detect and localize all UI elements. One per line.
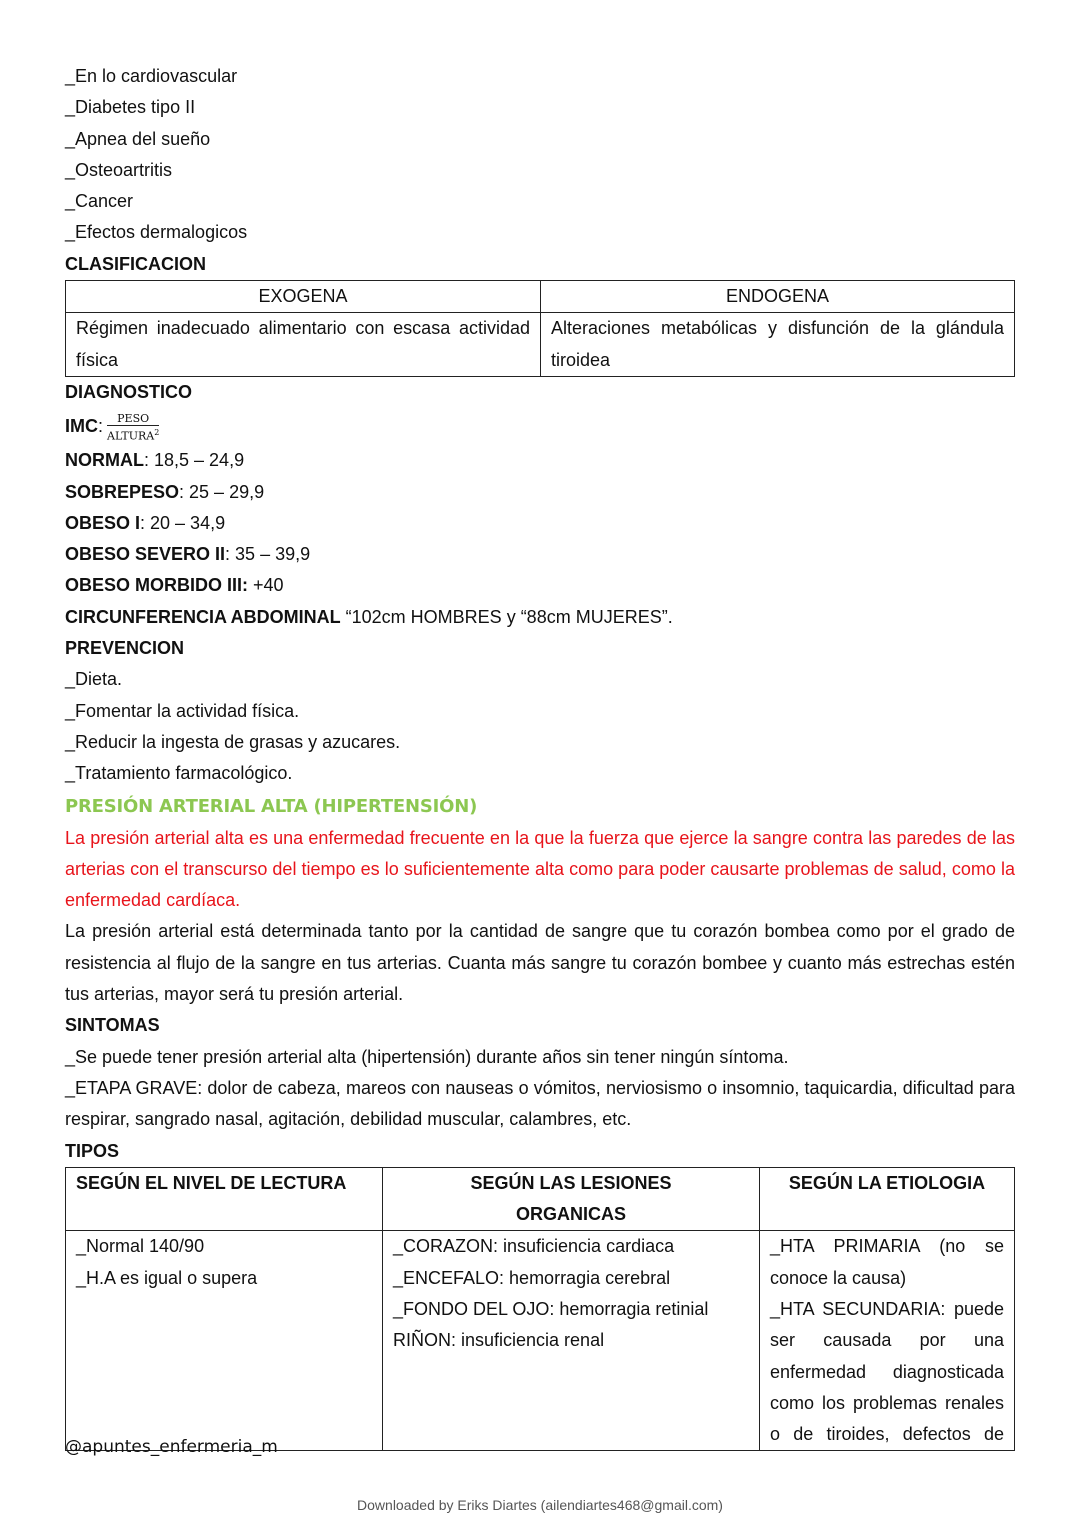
imc-range: OBESO SEVERO II: 35 – 39,9 bbox=[65, 539, 1015, 570]
types-lesion-item: _ENCEFALO: hemorragia cerebral bbox=[393, 1263, 749, 1294]
types-heading: TIPOS bbox=[65, 1136, 1015, 1167]
symptom-item: _ETAPA GRAVE: dolor de cabeza, mareos co… bbox=[65, 1073, 1015, 1136]
prevention-heading: PREVENCION bbox=[65, 633, 1015, 664]
symptoms-heading: SINTOMAS bbox=[65, 1010, 1015, 1041]
symptom-item: _Se puede tener presión arterial alta (h… bbox=[65, 1042, 1015, 1073]
exogena-header: EXOGENA bbox=[66, 281, 541, 313]
imc-numerator: PESO bbox=[107, 412, 159, 426]
imc-formula: IMC:PESOALTURA2 bbox=[65, 408, 1015, 445]
complication-item: _En lo cardiovascular bbox=[65, 61, 1015, 92]
complication-item: _Apnea del sueño bbox=[65, 124, 1015, 155]
imc-range: NORMAL: 18,5 – 24,9 bbox=[65, 445, 1015, 476]
hypertension-explanation: La presión arterial está determinada tan… bbox=[65, 916, 1015, 1010]
prevention-item: _Reducir la ingesta de grasas y azucares… bbox=[65, 727, 1015, 758]
imc-range: OBESO I: 20 – 34,9 bbox=[65, 508, 1015, 539]
types-col-reading: _Normal 140/90 _H.A es igual o supera bbox=[66, 1231, 383, 1451]
types-table: SEGÚN EL NIVEL DE LECTURA SEGÚN LAS LESI… bbox=[65, 1167, 1015, 1452]
types-etiology-item: _HTA PRIMARIA (no se conoce la causa) bbox=[770, 1231, 1004, 1294]
types-lesion-item: _CORAZON: insuficiencia cardiaca bbox=[393, 1231, 749, 1262]
complication-item: _Cancer bbox=[65, 186, 1015, 217]
endogena-header: ENDOGENA bbox=[541, 281, 1015, 313]
prevention-item: _Tratamiento farmacológico. bbox=[65, 758, 1015, 789]
classification-heading: CLASIFICACION bbox=[65, 249, 1015, 280]
document-page: _En lo cardiovascular _Diabetes tipo II … bbox=[65, 61, 1015, 1451]
imc-range: OBESO MORBIDO III: +40 bbox=[65, 570, 1015, 601]
types-reading-item: _Normal 140/90 bbox=[76, 1231, 372, 1262]
types-col-lesions: _CORAZON: insuficiencia cardiaca _ENCEFA… bbox=[383, 1231, 760, 1451]
types-reading-item: _H.A es igual o supera bbox=[76, 1263, 372, 1294]
complication-item: _Osteoartritis bbox=[65, 155, 1015, 186]
complication-item: _Efectos dermalogicos bbox=[65, 217, 1015, 248]
hypertension-title: PRESIÓN ARTERIAL ALTA (HIPERTENSIÓN) bbox=[65, 790, 1015, 823]
types-header-etiology: SEGÚN LA ETIOLOGIA bbox=[760, 1167, 1015, 1231]
imc-label: IMC bbox=[65, 416, 98, 436]
imc-denominator: ALTURA2 bbox=[107, 426, 159, 443]
author-handle: @apuntes_enfermeria_m bbox=[65, 1437, 278, 1457]
endogena-cell: Alteraciones metabólicas y disfunción de… bbox=[541, 313, 1015, 377]
imc-range: SOBREPESO: 25 – 29,9 bbox=[65, 477, 1015, 508]
types-col-etiology: _HTA PRIMARIA (no se conoce la causa) _H… bbox=[760, 1231, 1015, 1451]
waist-circumference: CIRCUNFERENCIA ABDOMINAL “102cm HOMBRES … bbox=[65, 602, 1015, 633]
types-header-reading: SEGÚN EL NIVEL DE LECTURA bbox=[66, 1167, 383, 1231]
types-lesion-item: RIÑON: insuficiencia renal bbox=[393, 1325, 749, 1356]
classification-table: EXOGENA ENDOGENA Régimen inadecuado alim… bbox=[65, 280, 1015, 377]
types-etiology-item: _HTA SECUNDARIA: puede ser causada por u… bbox=[770, 1294, 1004, 1450]
hypertension-definition: La presión arterial alta es una enfermed… bbox=[65, 823, 1015, 917]
types-lesion-item: _FONDO DEL OJO: hemorragia retinial bbox=[393, 1294, 749, 1325]
prevention-item: _Fomentar la actividad física. bbox=[65, 696, 1015, 727]
imc-fraction: PESOALTURA2 bbox=[107, 412, 159, 443]
download-note: Downloaded by Eriks Diartes (ailendiarte… bbox=[0, 1497, 1080, 1513]
diagnosis-heading: DIAGNOSTICO bbox=[65, 377, 1015, 408]
prevention-item: _Dieta. bbox=[65, 664, 1015, 695]
exogena-cell: Régimen inadecuado alimentario con escas… bbox=[66, 313, 541, 377]
types-header-lesions: SEGÚN LAS LESIONES ORGANICAS bbox=[383, 1167, 760, 1231]
complication-item: _Diabetes tipo II bbox=[65, 92, 1015, 123]
